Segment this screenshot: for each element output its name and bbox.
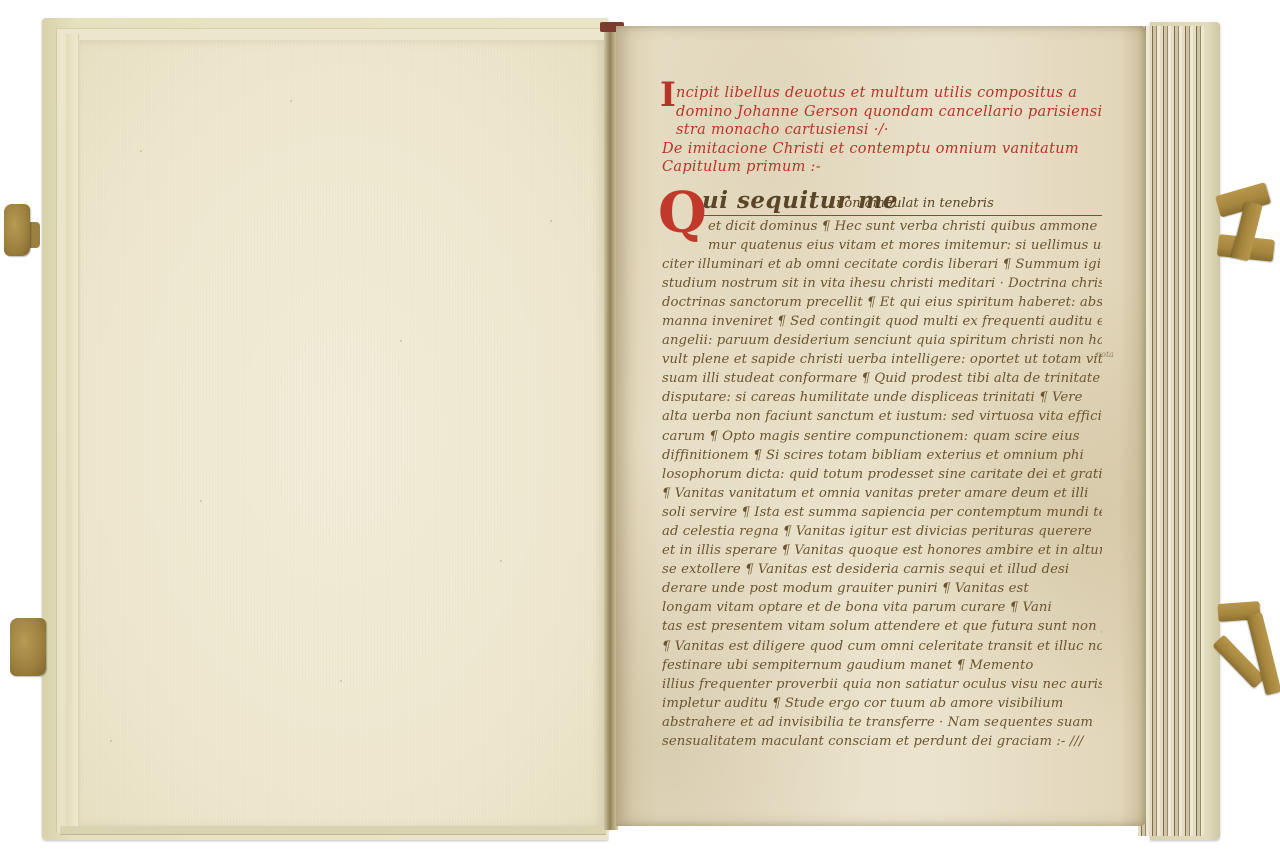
text-line: et dicit dominus ¶ Hec sunt verba christ… [662,217,1102,236]
left-blank-page [78,40,606,828]
rubric-heading: I ncipit libellus deuotus et multum util… [662,84,1102,177]
text-line: disputare: si careas humilitate unde dis… [662,388,1102,407]
text-line: manna inveniret ¶ Sed contingit quod mul… [662,312,1102,331]
paper-speck [400,340,402,342]
rubric-line: ncipit libellus deuotus et multum utilis… [662,84,1102,103]
paper-speck [110,740,112,742]
left-upper-tie [4,204,30,256]
text-line: illius frequenter proverbii quia non sat… [662,675,1102,694]
paper-speck [200,500,202,502]
text-line: tas est presentem vitam solum attendere … [662,617,1102,636]
text-line: ¶ Vanitas vanitatum et omnia vanitas pre… [662,484,1102,503]
text-line: impletur auditu ¶ Stude ergo cor tuum ab… [662,694,1102,713]
manuscript-text-block: I ncipit libellus deuotus et multum util… [662,84,1102,751]
text-line: se extollere ¶ Vanitas est desideria car… [662,560,1102,579]
text-line: longam vitam optare et de bona vita paru… [662,598,1102,617]
rubric-line: De imitacione Christi et contemptu omniu… [662,140,1102,159]
rubric-line: stra monacho cartusiensi ·/· [662,121,1102,140]
red-underline [702,215,1102,216]
text-line: festinare ubi sempiternum gaudium manet … [662,656,1102,675]
paper-speck [500,560,502,562]
text-line: soli servire ¶ Ista est summa sapiencia … [662,503,1102,522]
text-line: citer illuminari et ab omni cecitate cor… [662,255,1102,274]
paper-speck [550,220,552,222]
manuscript-photo: I ncipit libellus deuotus et multum util… [0,0,1280,860]
paper-speck [290,100,292,102]
text-line: losophorum dicta: quid totum prodesset s… [662,465,1102,484]
text-line: sensualitatem maculant consciam et perdu… [662,732,1102,751]
text-line: vult plene et sapide christi uerba intel… [662,350,1102,369]
text-line: abstrahere et ad invisibilia te transfer… [662,713,1102,732]
rubric-line: domino Johanne Gerson quondam cancellari… [662,103,1102,122]
rubric-line: Capitulum primum :- [662,158,1102,177]
marginal-note: nota [1096,350,1136,359]
text-line: mur quatenus eius vitam et mores imitemu… [662,236,1102,255]
text-line: studium nostrum sit in vita ihesu christ… [662,274,1102,293]
text-line: ¶ Vanitas est diligere quod cum omni cel… [662,637,1102,656]
text-line: angelii: paruum desiderium senciunt quia… [662,331,1102,350]
left-lower-tie [10,618,46,676]
body-text: et dicit dominus ¶ Hec sunt verba christ… [662,217,1102,752]
rubric-initial: I [660,78,676,112]
decorated-initial-q: Q [658,185,707,241]
text-line: diffinitionem ¶ Si scires totam bibliam … [662,446,1102,465]
fore-edge-leaves [1138,26,1204,836]
text-line: suam illi studeat conformare ¶ Quid prod… [662,369,1102,388]
text-line: ad celestia regna ¶ Vanitas igitur est d… [662,522,1102,541]
text-line: doctrinas sanctorum precellit ¶ Et qui e… [662,293,1102,312]
text-line: derare unde post modum grauiter puniri ¶… [662,579,1102,598]
text-line: carum ¶ Opto magis sentire compunctionem… [662,427,1102,446]
text-line: alta uerba non faciunt sanctum et iustum… [662,407,1102,426]
left-board-bottom-edge [60,826,606,835]
incipit-line: Q ui sequitur me non ambulat in tenebris [662,189,1102,213]
text-line: et in illis sperare ¶ Vanitas quoque est… [662,541,1102,560]
paper-speck [140,150,142,152]
paper-speck [340,680,342,682]
incipit-tail: non ambulat in tenebris [836,196,994,211]
